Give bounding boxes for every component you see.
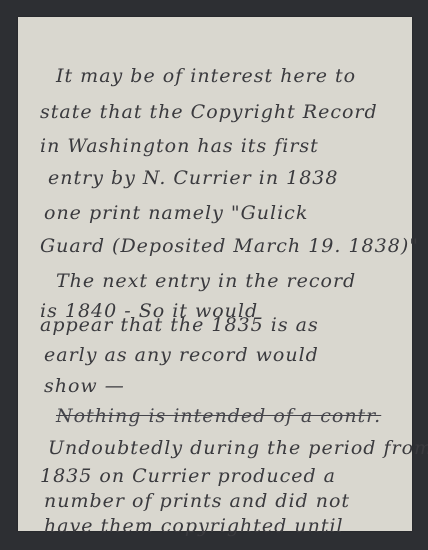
text-line: state that the Copyright Record <box>40 101 378 123</box>
text-line: appear that the 1835 is as <box>40 314 319 336</box>
text-line: in Washington has its first <box>40 135 319 157</box>
text-line: Undoubtedly during the period from <box>48 437 428 459</box>
text-line: 1835 on Currier produced a <box>40 465 336 487</box>
letter-page: It may be of interest here to state that… <box>18 17 412 531</box>
text-line: Guard (Deposited March 19. 1838)" <box>40 235 419 257</box>
text-line: number of prints and did not <box>44 490 350 512</box>
text-line: early as any record would <box>44 344 319 366</box>
text-line: have them copyrighted until <box>44 515 344 537</box>
text-line: The next entry in the record <box>56 270 356 292</box>
text-line: one print namely "Gulick <box>44 202 308 224</box>
struck-text-line: Nothing is intended of a contr. <box>56 405 381 427</box>
text-line: It may be of interest here to <box>56 65 356 87</box>
text-line: entry by N. Currier in 1838 <box>48 167 339 189</box>
text-line: show — <box>44 375 125 397</box>
